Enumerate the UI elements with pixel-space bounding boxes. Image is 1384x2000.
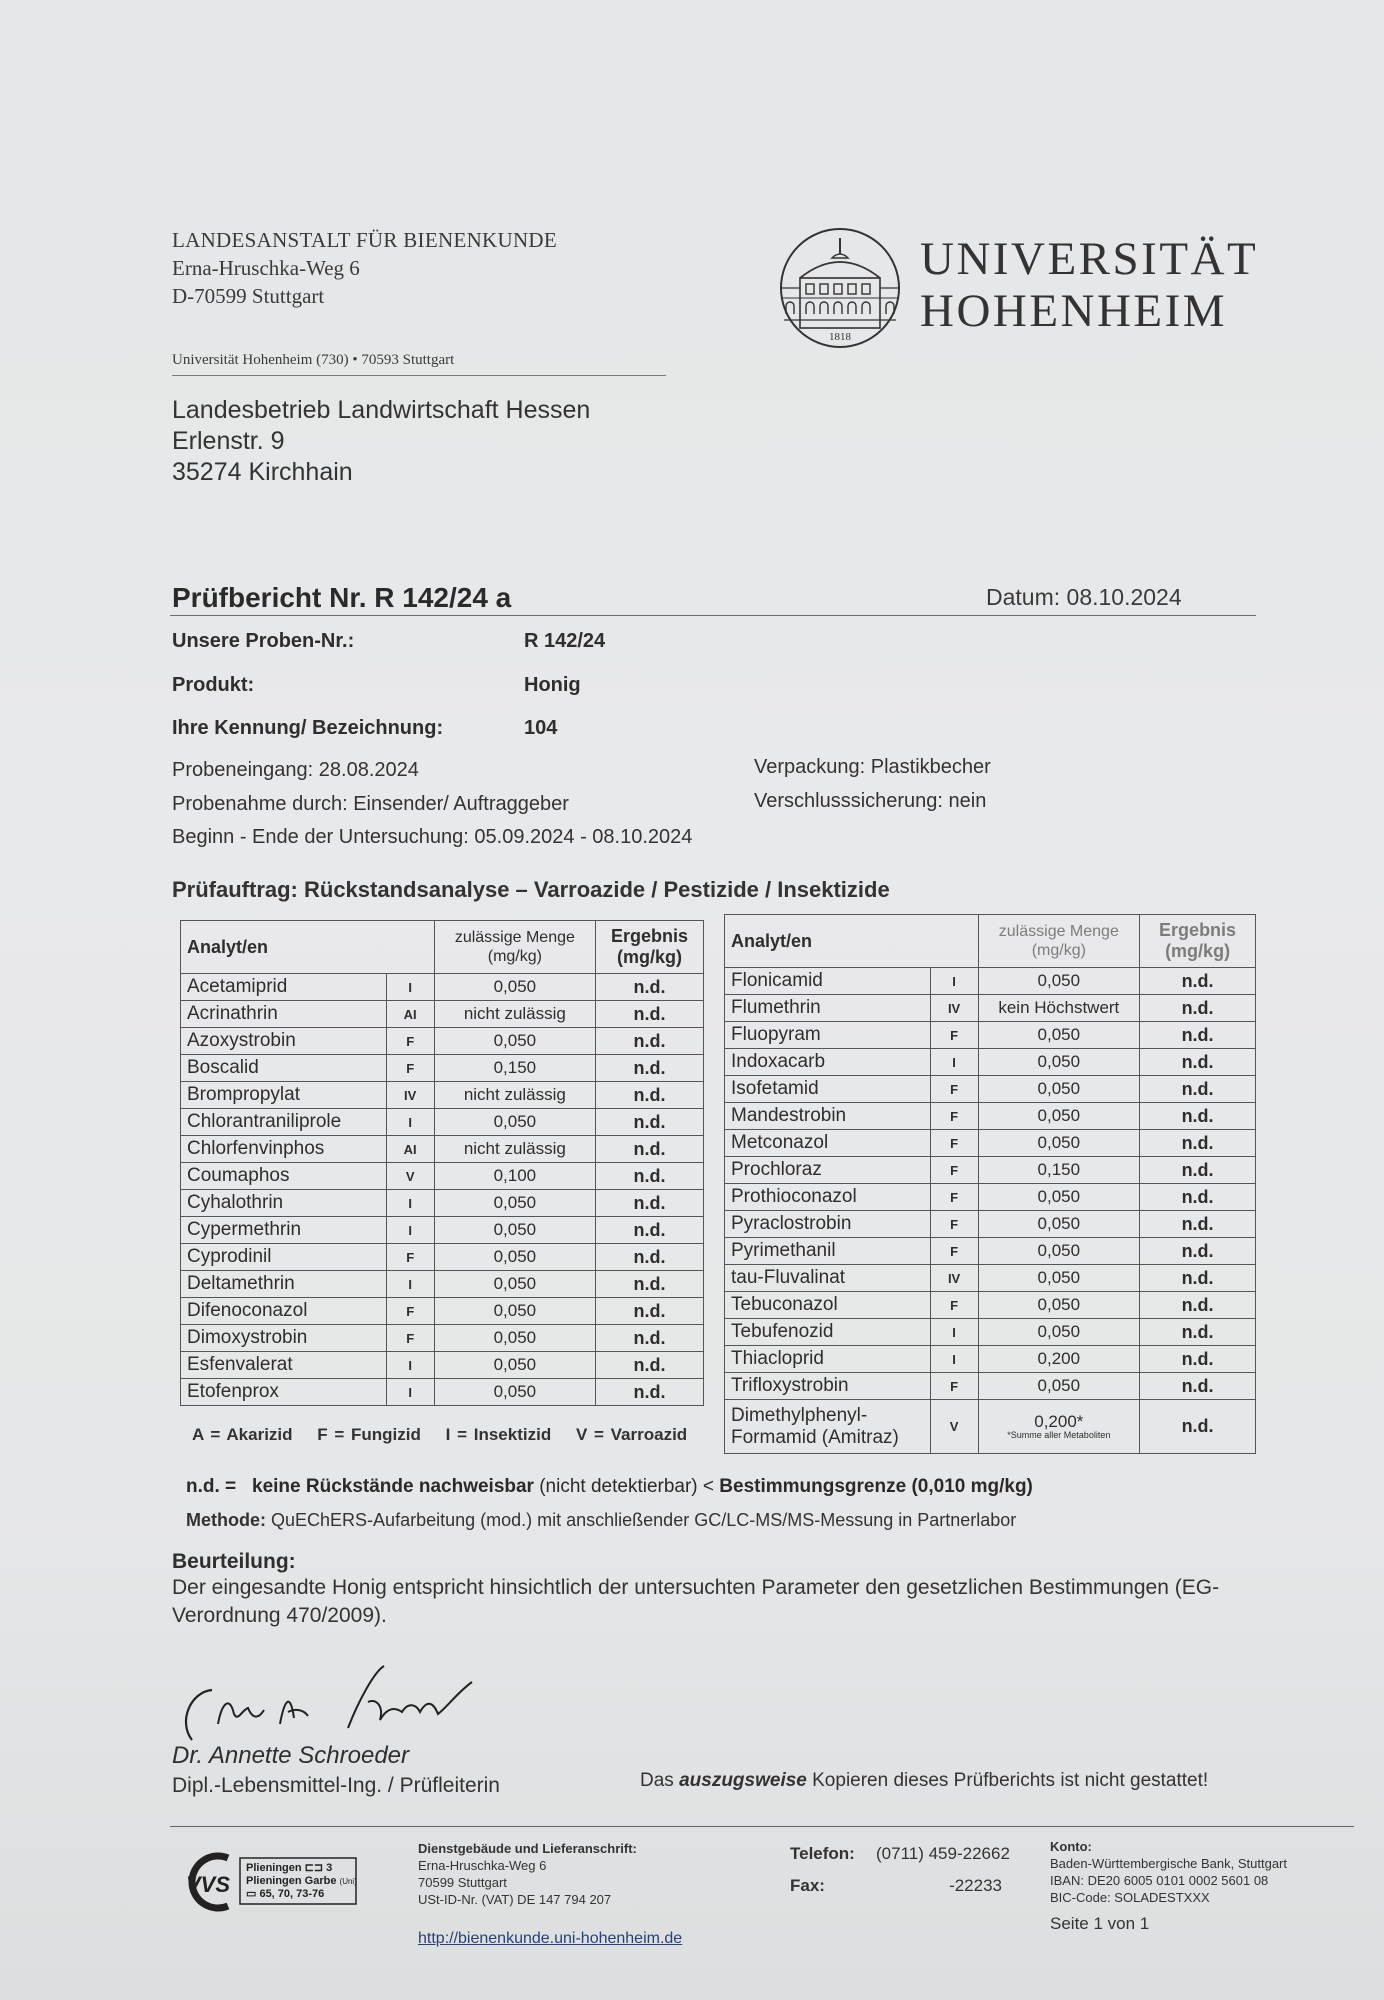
table-row: Dimethylphenyl-Formamid (Amitraz) V 0,20… (725, 1400, 1256, 1454)
analyte-result: n.d. (1140, 1049, 1256, 1076)
analyte-limit: 0,150 (434, 1055, 595, 1082)
legend-item: A = Akarizid (192, 1425, 293, 1444)
analyte-result: n.d. (596, 1163, 704, 1190)
field-value: Honig (524, 674, 581, 697)
analyte-category: F (930, 1076, 978, 1103)
analyte-category: IV (930, 1265, 978, 1292)
recipient-line: 35274 Kirchhain (172, 457, 590, 488)
analyte-name: tau-Fluvalinat (725, 1265, 931, 1292)
analyte-result: n.d. (1140, 1319, 1256, 1346)
footer-address-line: USt-ID-Nr. (VAT) DE 147 794 207 (418, 1891, 637, 1908)
analyte-name: Flumethrin (725, 995, 931, 1022)
return-address: Universität Hohenheim (730) • 70593 Stut… (172, 352, 666, 376)
methode-note: Methode: QuEChERS-Aufarbeitung (mod.) mi… (186, 1510, 1016, 1531)
analyte-category: AI (386, 1001, 434, 1028)
analyte-category: F (930, 1130, 978, 1157)
analyte-name: Coumaphos (181, 1163, 387, 1190)
analyte-name: Mandestrobin (725, 1103, 931, 1130)
table-row: DifenoconazolF0,050n.d. (181, 1298, 704, 1325)
analyte-name: Etofenprox (181, 1379, 387, 1406)
analyte-result: n.d. (1140, 1238, 1256, 1265)
analyte-limit: 0,050 (434, 974, 595, 1001)
field-value: R 142/24 (524, 630, 605, 653)
analyte-limit: 0,050 (978, 1022, 1140, 1049)
legend-item: I = Insektizid (446, 1425, 552, 1444)
page-number: Seite 1 von 1 (1050, 1914, 1149, 1934)
analyte-limit: 0,050 (978, 1292, 1140, 1319)
footer-address-heading: Dienstgebäude und Lieferanschrift: (418, 1840, 637, 1857)
table-row: ChlorantraniliproleI0,050n.d. (181, 1109, 704, 1136)
analyte-category: F (930, 1211, 978, 1238)
analyte-name: Cypermethrin (181, 1217, 387, 1244)
analyte-category: F (930, 1157, 978, 1184)
analyte-category: F (930, 1184, 978, 1211)
analyte-result: n.d. (596, 1379, 704, 1406)
beurteilung-heading: Beurteilung: (172, 1550, 296, 1574)
vvs-transit-info: Plieningen ⊏⊐ 3 Plieningen Garbe (Uni) ▭… (246, 1862, 357, 1901)
university-seal-icon: 1818 (778, 226, 902, 350)
analyte-result: n.d. (596, 1028, 704, 1055)
analyte-limit: 0,050 (978, 1238, 1140, 1265)
table-row: IsofetamidF0,050n.d. (725, 1076, 1256, 1103)
sender-line: Erna-Hruschka-Weg 6 (172, 254, 557, 282)
analyte-result: n.d. (1140, 1103, 1256, 1130)
analyte-name: Indoxacarb (725, 1049, 931, 1076)
university-name: UNIVERSITÄT HOHENHEIM (920, 233, 1258, 337)
analyte-limit: 0,050 (978, 1319, 1140, 1346)
table-row: EtofenproxI0,050n.d. (181, 1379, 704, 1406)
analyte-limit: 0,050 (978, 968, 1140, 995)
analyte-category: I (930, 1346, 978, 1373)
analyte-result: n.d. (1140, 1346, 1256, 1373)
analyte-name: Boscalid (181, 1055, 387, 1082)
bank-line: Baden-Württembergische Bank, Stuttgart (1050, 1855, 1287, 1872)
analyte-name: Cyhalothrin (181, 1190, 387, 1217)
analyte-name: Isofetamid (725, 1076, 931, 1103)
analyte-category: IV (930, 995, 978, 1022)
analyte-limit: 0,050 (434, 1352, 595, 1379)
table-row: FlonicamidI0,050n.d. (725, 968, 1256, 995)
table-row: CypermethrinI0,050n.d. (181, 1217, 704, 1244)
fax-number: -22233 (876, 1870, 1002, 1902)
analyte-result: n.d. (596, 1244, 704, 1271)
header-analyt: Analyt/en (725, 915, 979, 968)
table-row: AcetamipridI0,050n.d. (181, 974, 704, 1001)
analyte-name: Deltamethrin (181, 1271, 387, 1298)
header-ergebnis: Ergebnis(mg/kg) (1140, 915, 1256, 968)
fax-label: Fax: (790, 1870, 876, 1902)
analyte-category: I (386, 1190, 434, 1217)
analyte-result: n.d. (596, 1325, 704, 1352)
analyte-result: n.d. (596, 1190, 704, 1217)
table-row: tau-FluvalinatIV0,050n.d. (725, 1265, 1256, 1292)
analyte-result: n.d. (596, 1055, 704, 1082)
analyte-result: n.d. (596, 974, 704, 1001)
analyte-category: F (930, 1292, 978, 1319)
table-row: FluopyramF0,050n.d. (725, 1022, 1256, 1049)
analyte-name: Azoxystrobin (181, 1028, 387, 1055)
analyte-limit: 0,050 (978, 1130, 1140, 1157)
analyte-category: F (386, 1325, 434, 1352)
analyte-category: I (930, 968, 978, 995)
verschlusssicherung: Verschlusssicherung: nein (754, 790, 986, 813)
analyte-name: Difenoconazol (181, 1298, 387, 1325)
analyte-result: n.d. (596, 1352, 704, 1379)
analyte-limit: 0,200**Summe aller Metaboliten (978, 1400, 1140, 1454)
analyte-name: Dimoxystrobin (181, 1325, 387, 1352)
analyte-category: IV (386, 1082, 434, 1109)
analyte-category: F (930, 1103, 978, 1130)
analyte-limit: 0,050 (434, 1109, 595, 1136)
analyte-category: F (930, 1238, 978, 1265)
analyte-result: n.d. (1140, 1157, 1256, 1184)
analyte-limit: 0,200 (978, 1346, 1140, 1373)
analyte-result: n.d. (596, 1109, 704, 1136)
university-name-line: HOHENHEIM (920, 285, 1258, 337)
analyte-category: I (386, 1379, 434, 1406)
analyte-category: F (386, 1028, 434, 1055)
field-label: Unsere Proben-Nr.: (172, 630, 354, 653)
analyte-limit: 0,050 (978, 1076, 1140, 1103)
analyte-result: n.d. (1140, 1130, 1256, 1157)
footer-divider (170, 1826, 1354, 1827)
analyte-limit: 0,050 (434, 1379, 595, 1406)
analyte-category: F (386, 1298, 434, 1325)
analyte-limit: 0,050 (978, 1265, 1140, 1292)
analyte-name: Chlorantraniliprole (181, 1109, 387, 1136)
results-table-left: Analyt/en zulässige Menge(mg/kg) Ergebni… (180, 920, 704, 1406)
title-divider (170, 615, 1256, 616)
analyte-limit: 0,050 (434, 1298, 595, 1325)
analyte-category: I (386, 1271, 434, 1298)
analyte-result: n.d. (1140, 1373, 1256, 1400)
analyte-limit: 0,050 (434, 1271, 595, 1298)
verpackung: Verpackung: Plastikbecher (754, 756, 991, 779)
analyte-name: Chlorfenvinphos (181, 1136, 387, 1163)
legend-item: F = Fungizid (317, 1425, 421, 1444)
analyte-result: n.d. (596, 1217, 704, 1244)
analyte-category: AI (386, 1136, 434, 1163)
analyte-result: n.d. (596, 1001, 704, 1028)
analyte-name: Acetamiprid (181, 974, 387, 1001)
university-name-line: UNIVERSITÄT (920, 233, 1258, 285)
table-row: MetconazolF0,050n.d. (725, 1130, 1256, 1157)
analyte-result: n.d. (1140, 995, 1256, 1022)
recipient-address: Landesbetrieb Landwirtschaft Hessen Erle… (172, 395, 590, 488)
analyte-limit: 0,050 (434, 1190, 595, 1217)
analyte-name: Metconazol (725, 1130, 931, 1157)
analyte-result: n.d. (1140, 1400, 1256, 1454)
footer-address-line: Erna-Hruschka-Weg 6 (418, 1857, 637, 1874)
table-row: BoscalidF0,150n.d. (181, 1055, 704, 1082)
field-label: Produkt: (172, 674, 254, 697)
recipient-line: Landesbetrieb Landwirtschaft Hessen (172, 395, 590, 426)
analyte-name: Thiacloprid (725, 1346, 931, 1373)
analyte-limit: 0,100 (434, 1163, 595, 1190)
analyte-result: n.d. (1140, 1076, 1256, 1103)
table-row: TrifloxystrobinF0,050n.d. (725, 1373, 1256, 1400)
analyte-result: n.d. (1140, 1184, 1256, 1211)
analyte-category: V (930, 1400, 978, 1454)
copy-notice: Das auszugsweise Kopieren dieses Prüfber… (640, 1770, 1208, 1792)
svg-text:VVS: VVS (186, 1872, 230, 1897)
table-row: ProchlorazF0,150n.d. (725, 1157, 1256, 1184)
analyte-name: Dimethylphenyl-Formamid (Amitraz) (725, 1400, 931, 1454)
legend-item: V = Varroazid (576, 1425, 687, 1444)
analyte-limit: nicht zulässig (434, 1082, 595, 1109)
analyte-limit: 0,050 (434, 1028, 595, 1055)
probeneingang: Probeneingang: 28.08.2024 (172, 759, 419, 782)
analyte-category: F (930, 1373, 978, 1400)
analyte-name: Esfenvalerat (181, 1352, 387, 1379)
analyte-limit: 0,050 (434, 1217, 595, 1244)
analyte-category: I (930, 1049, 978, 1076)
table-row: FlumethrinIVkein Höchstwertn.d. (725, 995, 1256, 1022)
analyte-name: Brompropylat (181, 1082, 387, 1109)
signer-role: Dipl.-Lebensmittel-Ing. / Prüfleiterin (172, 1774, 500, 1798)
footer-bank: Konto: Baden-Württembergische Bank, Stut… (1050, 1838, 1287, 1906)
analyte-name: Prothioconazol (725, 1184, 931, 1211)
table-row: DeltamethrinI0,050n.d. (181, 1271, 704, 1298)
transit-line: Plieningen ⊏⊐ 3 (246, 1862, 357, 1875)
analyte-category: F (386, 1244, 434, 1271)
analyte-limit: 0,050 (978, 1373, 1140, 1400)
recipient-line: Erlenstr. 9 (172, 426, 590, 457)
table-row: IndoxacarbI0,050n.d. (725, 1049, 1256, 1076)
analyte-limit: 0,050 (434, 1244, 595, 1271)
table-row: AcrinathrinAInicht zulässign.d. (181, 1001, 704, 1028)
analyte-name: Fluopyram (725, 1022, 931, 1049)
bank-line: BIC-Code: SOLADESTXXX (1050, 1889, 1287, 1906)
analyte-category: I (386, 974, 434, 1001)
analyte-name: Flonicamid (725, 968, 931, 995)
table-row: BrompropylatIVnicht zulässign.d. (181, 1082, 704, 1109)
analyte-name: Tebufenozid (725, 1319, 931, 1346)
analyte-category: F (386, 1055, 434, 1082)
sender-line: D-70599 Stuttgart (172, 282, 557, 310)
table-row: ProthioconazolF0,050n.d. (725, 1184, 1256, 1211)
analyte-result: n.d. (596, 1298, 704, 1325)
untersuchung-dates: Beginn - Ende der Untersuchung: 05.09.20… (172, 826, 692, 849)
analyte-limit: nicht zulässig (434, 1136, 595, 1163)
header-analyt: Analyt/en (181, 921, 435, 974)
table-row: PyraclostrobinF0,050n.d. (725, 1211, 1256, 1238)
bank-line: IBAN: DE20 6005 0101 0002 5601 08 (1050, 1872, 1287, 1889)
analyte-limit: 0,050 (978, 1103, 1140, 1130)
analyte-result: n.d. (1140, 1022, 1256, 1049)
analyte-result: n.d. (1140, 1292, 1256, 1319)
analyte-limit: 0,150 (978, 1157, 1140, 1184)
analyte-limit: 0,050 (978, 1184, 1140, 1211)
analyte-category: I (386, 1352, 434, 1379)
phone-label: Telefon: (790, 1838, 876, 1870)
signature-icon (172, 1662, 612, 1744)
footer-address-line: 70599 Stuttgart (418, 1874, 637, 1891)
analyte-name: Tebuconazol (725, 1292, 931, 1319)
table-row: PyrimethanilF0,050n.d. (725, 1238, 1256, 1265)
document-page: LANDESANSTALT FÜR BIENENKUNDE Erna-Hrusc… (0, 0, 1384, 2000)
analyte-category: V (386, 1163, 434, 1190)
analyte-category: I (930, 1319, 978, 1346)
beurteilung-text: Der eingesandte Honig entspricht hinsich… (172, 1574, 1282, 1630)
analyte-limit: 0,050 (978, 1211, 1140, 1238)
field-label: Ihre Kennung/ Bezeichnung: (172, 717, 443, 740)
phone-number: (0711) 459-22662 (876, 1844, 1010, 1863)
table-row: ChlorfenvinphosAInicht zulässign.d. (181, 1136, 704, 1163)
analyte-category: I (386, 1109, 434, 1136)
analyte-result: n.d. (1140, 1211, 1256, 1238)
pruefauftrag-title: Prüfauftrag: Rückstandsanalyse – Varroaz… (172, 877, 890, 903)
table-row: CyhalothrinI0,050n.d. (181, 1190, 704, 1217)
analyte-name: Pyrimethanil (725, 1238, 931, 1265)
table-row: MandestrobinF0,050n.d. (725, 1103, 1256, 1130)
analyte-limit: nicht zulässig (434, 1001, 595, 1028)
sender-line: LANDESANSTALT FÜR BIENENKUNDE (172, 226, 557, 254)
analyte-category: F (930, 1022, 978, 1049)
analyte-result: n.d. (1140, 968, 1256, 995)
analyte-name: Prochloraz (725, 1157, 931, 1184)
header-menge: zulässige Menge(mg/kg) (434, 921, 595, 974)
analyte-result: n.d. (596, 1082, 704, 1109)
table-row: CoumaphosV0,100n.d. (181, 1163, 704, 1190)
analyte-result: n.d. (596, 1136, 704, 1163)
transit-line: Plieningen Garbe (Uni) (246, 1875, 357, 1888)
nd-definition: n.d. = keine Rückstände nachweisbar (nic… (186, 1476, 1033, 1498)
table-row: AzoxystrobinF0,050n.d. (181, 1028, 704, 1055)
sender-address: LANDESANSTALT FÜR BIENENKUNDE Erna-Hrusc… (172, 226, 557, 310)
category-legend: A = Akarizid F = Fungizid I = Insektizid… (192, 1425, 705, 1445)
table-row: CyprodinilF0,050n.d. (181, 1244, 704, 1271)
analyte-result: n.d. (596, 1271, 704, 1298)
analyte-limit: 0,050 (978, 1049, 1140, 1076)
report-date: Datum: 08.10.2024 (986, 584, 1182, 611)
probenahme: Probenahme durch: Einsender/ Auftraggebe… (172, 793, 569, 816)
website-link[interactable]: http://bienenkunde.uni-hohenheim.de (418, 1930, 682, 1948)
footer-contact: Telefon:(0711) 459-22662 Fax:-22233 (790, 1838, 1010, 1902)
table-row: TebuconazolF0,050n.d. (725, 1292, 1256, 1319)
bank-heading: Konto: (1050, 1838, 1287, 1855)
svg-text:1818: 1818 (829, 331, 852, 343)
analyte-category: I (386, 1217, 434, 1244)
transit-line: ▭ 65, 70, 73-76 (246, 1888, 357, 1901)
results-table-right: Analyt/en zulässige Menge(mg/kg) Ergebni… (724, 914, 1256, 1454)
field-value: 104 (524, 717, 557, 740)
table-row: TebufenozidI0,050n.d. (725, 1319, 1256, 1346)
analyte-name: Pyraclostrobin (725, 1211, 931, 1238)
report-title: Prüfbericht Nr. R 142/24 a (172, 582, 511, 614)
analyte-name: Acrinathrin (181, 1001, 387, 1028)
table-row: EsfenvaleratI0,050n.d. (181, 1352, 704, 1379)
table-row: DimoxystrobinF0,050n.d. (181, 1325, 704, 1352)
signer-name: Dr. Annette Schroeder (172, 1742, 409, 1770)
analyte-result: n.d. (1140, 1265, 1256, 1292)
analyte-name: Cyprodinil (181, 1244, 387, 1271)
header-menge: zulässige Menge(mg/kg) (978, 915, 1140, 968)
table-row: ThiaclopridI0,200n.d. (725, 1346, 1256, 1373)
analyte-name: Trifloxystrobin (725, 1373, 931, 1400)
analyte-limit: kein Höchstwert (978, 995, 1140, 1022)
header-ergebnis: Ergebnis(mg/kg) (596, 921, 704, 974)
analyte-limit: 0,050 (434, 1325, 595, 1352)
footer-address: Dienstgebäude und Lieferanschrift: Erna-… (418, 1840, 637, 1908)
